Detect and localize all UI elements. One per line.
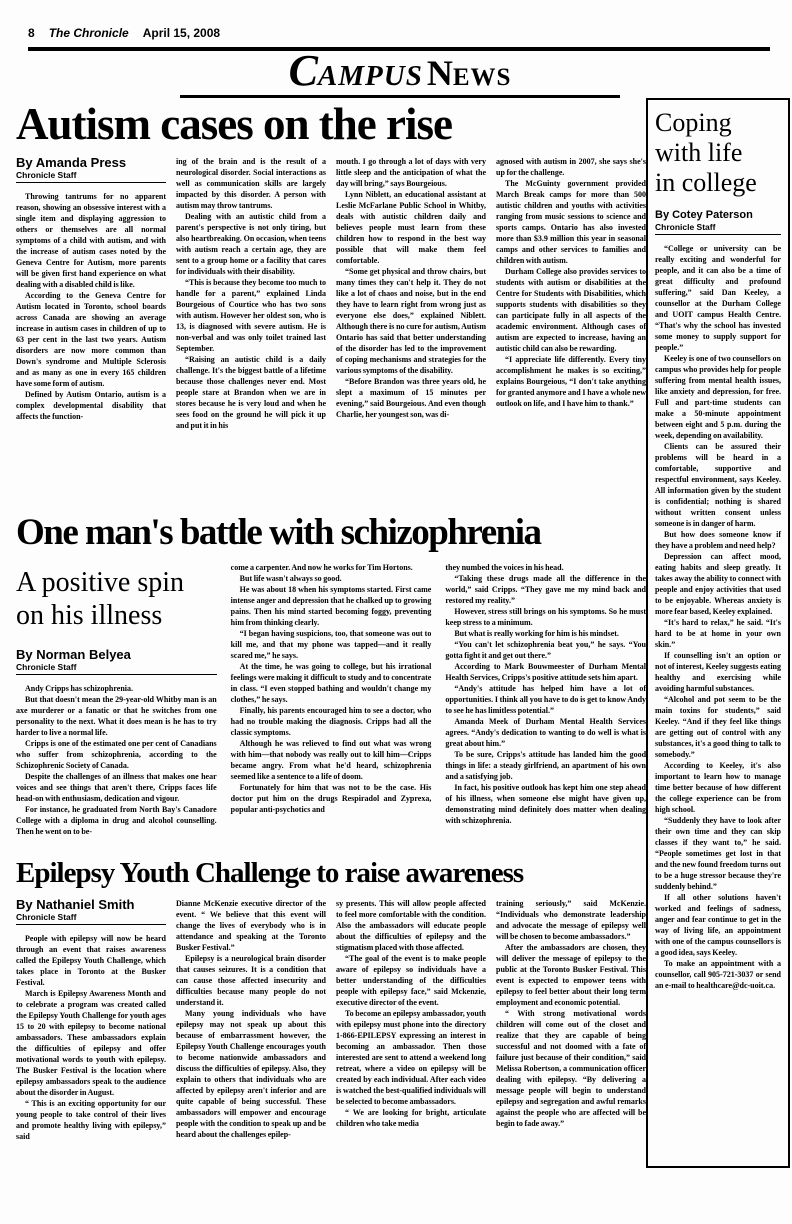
column-text: Andy Cripps has schizophrenia.But that d… <box>16 683 217 837</box>
paragraph: mouth. I go through a lot of days with v… <box>336 156 486 189</box>
paragraph: For instance, he graduated from North Ba… <box>16 804 217 837</box>
column-text: Throwing tantrums for no apparent reason… <box>16 191 166 422</box>
issue-date: April 15, 2008 <box>143 26 220 40</box>
paragraph: “The goal of the event is to make people… <box>336 953 486 1008</box>
byline-author: By Norman Belyea <box>16 648 217 662</box>
article-autism-column-3: mouth. I go through a lot of days with v… <box>336 156 486 431</box>
paragraph: If all other solutions haven't worked an… <box>655 892 781 958</box>
paragraph: “Taking these drugs made all the differe… <box>445 573 646 606</box>
paragraph: Finally, his parents encouraged him to s… <box>231 705 432 738</box>
byline-organization: Chronicle Staff <box>16 912 166 925</box>
paragraph: Fortunately for him that was not to be t… <box>231 782 432 815</box>
byline-organization: Chronicle Staff <box>655 222 781 235</box>
newspaper-page: 8 The Chronicle April 15, 2008 CAMPUS NE… <box>0 0 792 1224</box>
byline-block: By Nathaniel Smith Chronicle Staff <box>16 898 166 925</box>
article-epilepsy-column-1: By Nathaniel Smith Chronicle Staff Peopl… <box>16 898 166 1142</box>
paragraph: According to Mark Bouwmeester of Durham … <box>445 661 646 683</box>
article-autism-column-1: By Amanda Press Chronicle Staff Throwing… <box>16 156 166 431</box>
subhead-line: A positive spin <box>16 566 217 599</box>
banner-news-rest: EWS <box>453 64 512 91</box>
publication-name: The Chronicle <box>49 26 129 40</box>
paragraph: Lynn Niblett, an educational assistant a… <box>336 189 486 266</box>
paragraph: come a carpenter. And now he works for T… <box>231 562 432 573</box>
byline-organization: Chronicle Staff <box>16 170 166 183</box>
headline-line: Coping <box>655 108 781 138</box>
page-number: 8 <box>28 26 35 40</box>
headline-line: in college <box>655 168 781 198</box>
paragraph: “ We are looking for bright, articulate … <box>336 1107 486 1129</box>
byline-block: By Cotey Paterson Chronicle Staff <box>655 208 781 235</box>
paragraph: Andy Cripps has schizophrenia. <box>16 683 217 694</box>
section-banner: CAMPUS NEWS <box>180 51 620 94</box>
paragraph: “Raising an autistic child is a daily ch… <box>176 354 326 431</box>
paragraph: People with epilepsy will now be heard t… <box>16 933 166 988</box>
paragraph: But how does someone know if they have a… <box>655 529 781 551</box>
paragraph: In fact, his positive outlook has kept h… <box>445 782 646 826</box>
byline-organization: Chronicle Staff <box>16 662 217 675</box>
paragraph: The McGuinty government provided March B… <box>496 178 646 266</box>
paragraph: Defined by Autism Ontario, autism is a c… <box>16 389 166 422</box>
paragraph: “Before Brandon was three years old, he … <box>336 376 486 420</box>
masthead: 8 The Chronicle April 15, 2008 <box>28 26 220 40</box>
paragraph: According to Keeley, it's also important… <box>655 760 781 815</box>
paragraph: After the ambassadors are chosen, they w… <box>496 942 646 1008</box>
article-schizophrenia-column-1: A positive spin on his illness By Norman… <box>16 562 217 837</box>
paragraph: If counselling isn't an option or not of… <box>655 650 781 694</box>
paragraph: “Some get physical and throw chairs, but… <box>336 266 486 376</box>
paragraph: Although he was relieved to find out wha… <box>231 738 432 782</box>
paragraph: agnosed with autism in 2007, she says sh… <box>496 156 646 178</box>
paragraph: However, stress still brings on his symp… <box>445 606 646 628</box>
paragraph: Epilepsy is a neurological brain disorde… <box>176 953 326 1008</box>
paragraph: He was about 18 when his symptoms starte… <box>231 584 432 628</box>
paragraph: According to the Geneva Centre for Autis… <box>16 290 166 389</box>
column-text: “College or university can be really exc… <box>655 243 781 991</box>
paragraph: Many young individuals who have epilepsy… <box>176 1008 326 1140</box>
paragraph: But what is really working for him is hi… <box>445 628 646 639</box>
paragraph: Durham College also provides services to… <box>496 266 646 354</box>
byline-author: By Nathaniel Smith <box>16 898 166 912</box>
article-epilepsy-column-2: Dianne McKenzie executive director of th… <box>176 898 326 1142</box>
paragraph: “ With strong motivational words childre… <box>496 1008 646 1129</box>
paragraph: Clients can be assured their problems wi… <box>655 441 781 529</box>
paragraph: “I appreciate life differently. Every ti… <box>496 354 646 409</box>
paragraph: Despite the challenges of an illness tha… <box>16 771 217 804</box>
paragraph: training seriously,” said McKenzie. “Ind… <box>496 898 646 942</box>
paragraph: “ This is an exciting opportunity for ou… <box>16 1098 166 1142</box>
column-text: People with epilepsy will now be heard t… <box>16 933 166 1142</box>
subhead-line: on his illness <box>16 599 217 632</box>
article-coping-sidebar: Coping with life in college By Cotey Pat… <box>646 98 790 1168</box>
paragraph: ing of the brain and is the result of a … <box>176 156 326 211</box>
paragraph: At the time, he was going to college, bu… <box>231 661 432 705</box>
paragraph: Throwing tantrums for no apparent reason… <box>16 191 166 290</box>
article-epilepsy-column-3: sy presents. This will allow people affe… <box>336 898 486 1142</box>
article-autism-column-2: ing of the brain and is the result of a … <box>176 156 326 431</box>
paragraph: To make an appointment with a counsellor… <box>655 958 781 991</box>
paragraph: “Suddenly they have to look after their … <box>655 815 781 892</box>
article-epilepsy: Epilepsy Youth Challenge to raise awaren… <box>16 856 646 1142</box>
article-autism: Autism cases on the rise By Amanda Press… <box>16 100 646 431</box>
banner-campus-initial: C <box>289 46 318 95</box>
article-schizophrenia-column-2: come a carpenter. And now he works for T… <box>231 562 432 837</box>
article-epilepsy-column-4: training seriously,” said McKenzie. “Ind… <box>496 898 646 1142</box>
article-schizophrenia-column-3: they numbed the voices in his head.“Taki… <box>445 562 646 837</box>
article-autism-headline: Autism cases on the rise <box>16 100 646 148</box>
paragraph: “College or university can be really exc… <box>655 243 781 353</box>
paragraph: “I began having suspicions, too, that so… <box>231 628 432 661</box>
paragraph: To become an epilepsy ambassador, youth … <box>336 1008 486 1107</box>
paragraph: But that doesn't mean the 29-year-old Wh… <box>16 694 217 738</box>
paragraph: Depression can affect mood, eating habit… <box>655 551 781 617</box>
paragraph: “It's hard to relax,” he said. “It's har… <box>655 617 781 650</box>
byline-block: By Amanda Press Chronicle Staff <box>16 156 166 183</box>
paragraph: Dealing with an autistic child from a pa… <box>176 211 326 277</box>
article-autism-column-4: agnosed with autism in 2007, she says sh… <box>496 156 646 431</box>
paragraph: “Alcohol and pot seem to be the main tox… <box>655 694 781 760</box>
article-coping-headline: Coping with life in college <box>655 108 781 198</box>
paragraph: March is Epilepsy Awareness Month and to… <box>16 988 166 1098</box>
paragraph: “Andy's attitude has helped him have a l… <box>445 683 646 716</box>
byline-author: By Amanda Press <box>16 156 166 170</box>
banner-news-initial: N <box>427 53 453 93</box>
article-schizophrenia: One man's battle with schizophrenia A po… <box>16 512 646 837</box>
byline-block: By Norman Belyea Chronicle Staff <box>16 648 217 675</box>
paragraph: “You can't let schizophrenia beat you,” … <box>445 639 646 661</box>
banner-campus-rest: AMPUS <box>318 60 423 92</box>
byline-author: By Cotey Paterson <box>655 208 781 222</box>
paragraph: sy presents. This will allow people affe… <box>336 898 486 953</box>
paragraph: they numbed the voices in his head. <box>445 562 646 573</box>
headline-line: with life <box>655 138 781 168</box>
section-banner-rule <box>180 95 620 98</box>
article-schizophrenia-headline: One man's battle with schizophrenia <box>16 512 646 554</box>
paragraph: Cripps is one of the estimated one per c… <box>16 738 217 771</box>
paragraph: To be sure, Cripps's attitude has landed… <box>445 749 646 782</box>
article-epilepsy-headline: Epilepsy Youth Challenge to raise awaren… <box>16 856 646 890</box>
paragraph: “This is because they become too much to… <box>176 277 326 354</box>
paragraph: Keeley is one of two counsellors on camp… <box>655 353 781 441</box>
article-schizophrenia-subhead: A positive spin on his illness <box>16 566 217 632</box>
paragraph: Dianne McKenzie executive director of th… <box>176 898 326 953</box>
paragraph: Amanda Meek of Durham Mental Health Serv… <box>445 716 646 749</box>
paragraph: But life wasn't always so good. <box>231 573 432 584</box>
